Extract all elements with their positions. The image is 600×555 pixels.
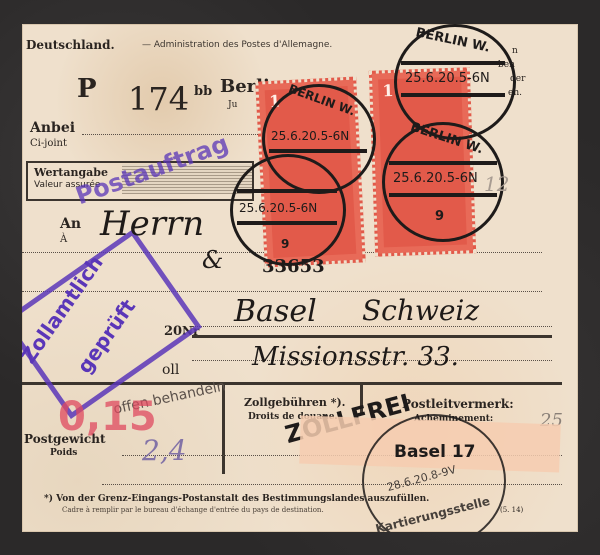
header-fragment: n — [512, 46, 518, 56]
handwritten-country: Schweiz — [362, 294, 479, 327]
origin-sub: Ju — [228, 100, 237, 110]
postmark-district: 9 — [281, 237, 289, 251]
form-number: (5. 14) — [500, 506, 523, 514]
postmark-bar — [401, 61, 505, 65]
basel-postmark-date: 28.6.20.8-9V — [386, 463, 458, 494]
postmark-4: 25.6.20.5-6N 9 — [230, 154, 346, 266]
parcel-suffix: bb — [194, 84, 212, 99]
stamp-denomination: 1 — [382, 81, 394, 100]
routing-label-de: Postleitvermerk: — [402, 397, 514, 411]
handwritten-addressee-2: & — [202, 246, 223, 274]
parcel-number-stamp: 33653 — [262, 256, 325, 277]
to-label-fr: À — [60, 234, 67, 245]
postmark-city: BERLIN W. — [414, 25, 491, 55]
to-label-de: An — [60, 216, 81, 232]
postmark-bar — [237, 221, 337, 225]
address-rule-1 — [192, 335, 552, 338]
column-divider-1 — [222, 384, 225, 474]
postmark-district: 9 — [435, 209, 444, 224]
parcel-number: 174 — [128, 80, 189, 118]
enclosure-label-fr: Ci-joint — [30, 138, 67, 149]
postmark-bar — [389, 161, 497, 165]
customs-label-de: Zollgebühren *). — [244, 396, 346, 409]
postmark-date: 25.6.20.5-6N — [271, 129, 349, 143]
handwritten-addressee: Herrn — [100, 204, 204, 244]
handwritten-street: Missionsstr. 33. — [252, 342, 459, 372]
postmark-bar — [269, 149, 367, 153]
country-heading: Deutschland. — [26, 38, 115, 52]
postmark-date: 25.6.20.5-6N — [405, 71, 490, 86]
postmark-bar — [389, 193, 497, 197]
administration-heading: — Administration des Postes d'Allemagne. — [142, 40, 332, 50]
enclosure-label-de: Anbei — [30, 120, 75, 136]
postmark-date: 25.6.20.5-6N — [239, 201, 317, 215]
red-number-stamp: 0,15 — [58, 394, 157, 440]
postmark-bar — [401, 93, 505, 97]
footnote-fr: Cadre à remplir par le bureau d'échange … — [62, 506, 324, 514]
weight-label-fr: Poids — [50, 448, 77, 458]
parcel-card: Deutschland. — Administration des Postes… — [22, 24, 578, 532]
handwritten-city: Basel — [234, 294, 317, 329]
basel-postmark-bottom: Kartierungsstelle — [374, 494, 491, 532]
postmark-bar — [237, 189, 337, 193]
pencil-note-12: 12 — [484, 172, 509, 196]
side-note: oll — [162, 362, 179, 378]
postmark-date: 25.6.20.5-6N — [393, 171, 478, 186]
enclosure-line — [82, 134, 262, 135]
